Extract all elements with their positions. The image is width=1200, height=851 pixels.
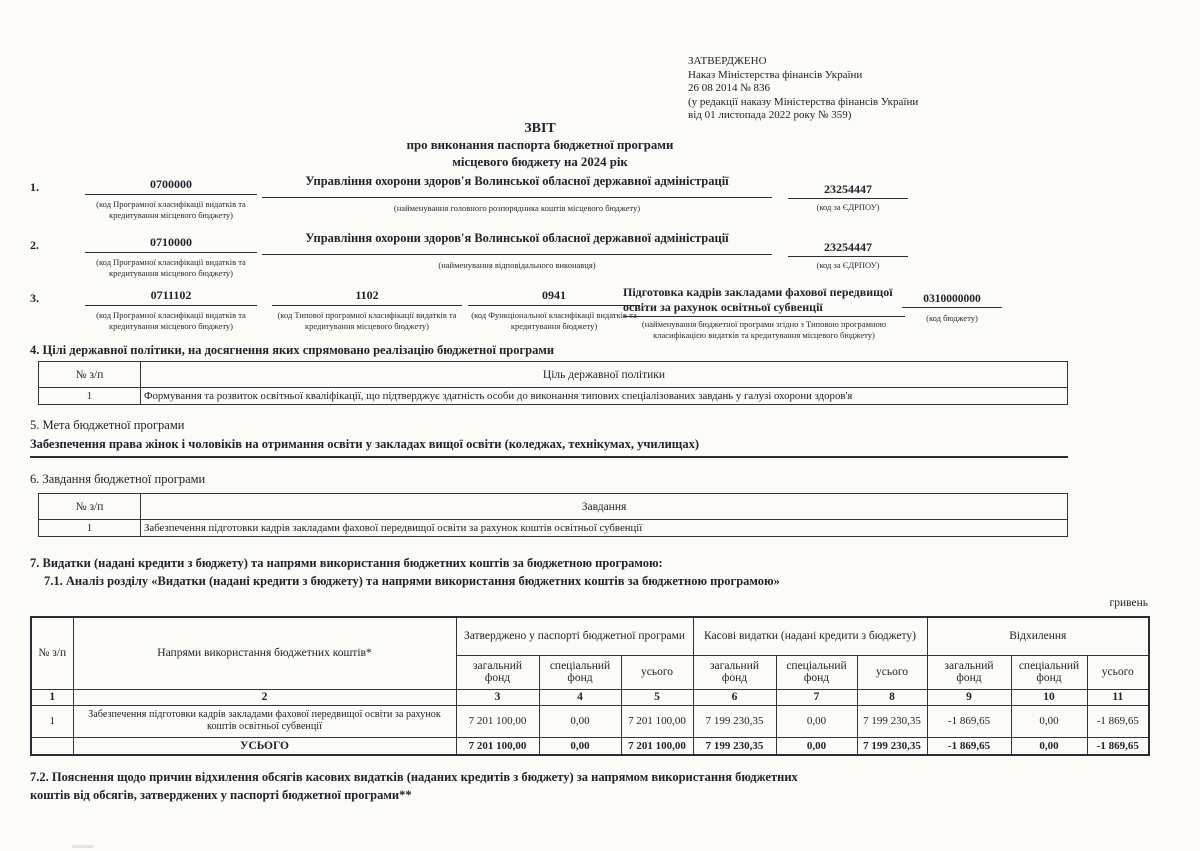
subheader-special-fund: спеціальний фонд bbox=[776, 655, 857, 689]
col-number: 2 bbox=[73, 689, 456, 705]
col-number: 7 bbox=[776, 689, 857, 705]
total-approved-total: 7 201 100,00 bbox=[621, 737, 693, 755]
total-approved-general: 7 201 100,00 bbox=[456, 737, 539, 755]
total-label: УСЬОГО bbox=[73, 737, 456, 755]
subheader-total: усього bbox=[1087, 655, 1149, 689]
subheader-general-fund: загальний фонд bbox=[927, 655, 1011, 689]
total-cash-total: 7 199 230,35 bbox=[857, 737, 927, 755]
col-number: 4 bbox=[539, 689, 621, 705]
group-header-approved: Затверджено у паспорті бюджетної програм… bbox=[456, 617, 693, 655]
total-cash-general: 7 199 230,35 bbox=[693, 737, 776, 755]
approval-line-1: ЗАТВЕРДЖЕНО bbox=[688, 55, 1018, 69]
value-cash-total: 7 199 230,35 bbox=[857, 705, 927, 737]
value-approved-general: 7 201 100,00 bbox=[456, 705, 539, 737]
item2-name-field: Управління охорони здоров'я Волинської о… bbox=[262, 231, 772, 255]
col-header-directions: Напрями використання бюджетних коштів* bbox=[73, 617, 456, 689]
section4-col2-header: Ціль державної політики bbox=[141, 362, 1068, 388]
section6-row-num: 1 bbox=[39, 520, 141, 537]
total-deviation-total: -1 869,65 bbox=[1087, 737, 1149, 755]
col-number: 3 bbox=[456, 689, 539, 705]
item3-func-caption: (код Функціональної класифікації видаткі… bbox=[468, 310, 640, 331]
section4-row-text: Формування та розвиток освітньої кваліфі… bbox=[141, 388, 1068, 405]
item1-code-caption: (код Програмної класифікації видатків та… bbox=[85, 199, 257, 220]
section7-1-subheading: 7.1. Аналіз розділу «Видатки (надані кре… bbox=[44, 574, 780, 589]
table-row: 1 Формування та розвиток освітньої квалі… bbox=[39, 388, 1068, 405]
section4-col1-header: № з/п bbox=[39, 362, 141, 388]
total-cash-special: 0,00 bbox=[776, 737, 857, 755]
section4-heading: 4. Цілі державної політики, на досягненн… bbox=[30, 343, 554, 358]
direction-row-num: 1 bbox=[31, 705, 73, 737]
section4-table: № з/п Ціль державної політики 1 Формуван… bbox=[38, 361, 1068, 405]
item1-code-field: 0700000 bbox=[85, 177, 257, 195]
item2-code-caption: (код Програмної класифікації видатків та… bbox=[85, 257, 257, 278]
col-number: 10 bbox=[1011, 689, 1087, 705]
item2-edrpou-field: 23254447 bbox=[788, 240, 908, 257]
item2-code-field: 0710000 bbox=[85, 235, 257, 253]
approval-line-4: (у редакції наказу Міністерства фінансів… bbox=[688, 96, 1018, 110]
subheader-special-fund: спеціальний фонд bbox=[1011, 655, 1087, 689]
item1-number: 1. bbox=[30, 180, 39, 195]
item1-name-field: Управління охорони здоров'я Волинської о… bbox=[262, 174, 772, 198]
title-line-3: місцевого бюджету на 2024 рік bbox=[150, 154, 930, 171]
item2-number: 2. bbox=[30, 238, 39, 253]
subheader-total: усього bbox=[621, 655, 693, 689]
direction-text: Забезпечення підготовки кадрів закладами… bbox=[73, 705, 456, 737]
item2-name-caption: (найменування відповідального виконавця) bbox=[262, 260, 772, 271]
item3-code-field: 0711102 bbox=[85, 288, 257, 306]
approval-line-3: 26 08 2014 № 836 bbox=[688, 82, 1018, 96]
total-empty-cell bbox=[31, 737, 73, 755]
approval-line-2: Наказ Міністерства фінансів України bbox=[688, 69, 1018, 83]
expenditures-table: № з/п Напрями використання бюджетних кош… bbox=[30, 616, 1148, 756]
page-title: ЗВІТ про виконання паспорта бюджетної пр… bbox=[150, 120, 930, 171]
item3-func-field: 0941 bbox=[468, 288, 640, 306]
section6-heading: 6. Завдання бюджетної програми bbox=[30, 472, 205, 487]
section6-table: № з/п Завдання 1 Забезпечення підготовки… bbox=[38, 493, 1068, 537]
item3-budget-code-field: 0310000000 bbox=[902, 293, 1002, 308]
col-number: 1 bbox=[31, 689, 73, 705]
col-header-num: № з/п bbox=[31, 617, 73, 689]
col-number: 8 bbox=[857, 689, 927, 705]
col-number: 9 bbox=[927, 689, 1011, 705]
total-approved-special: 0,00 bbox=[539, 737, 621, 755]
scan-artifact bbox=[72, 845, 94, 848]
subheader-general-fund: загальний фонд bbox=[693, 655, 776, 689]
table-row: 1 Забезпечення підготовки кадрів заклада… bbox=[31, 705, 1149, 737]
subheader-general-fund: загальний фонд bbox=[456, 655, 539, 689]
subheader-special-fund: спеціальний фонд bbox=[539, 655, 621, 689]
section4-row-num: 1 bbox=[39, 388, 141, 405]
group-header-deviation: Відхилення bbox=[927, 617, 1149, 655]
item3-tpk-caption: (код Типової програмної класифікації вид… bbox=[272, 310, 462, 331]
total-row: УСЬОГО 7 201 100,00 0,00 7 201 100,00 7 … bbox=[31, 737, 1149, 755]
item1-edrpou-field: 23254447 bbox=[788, 182, 908, 199]
item3-number: 3. bbox=[30, 291, 39, 306]
item2-edrpou-caption: (код за ЄДРПОУ) bbox=[788, 260, 908, 271]
section7-2-heading: 7.2. Пояснення щодо причин відхилення об… bbox=[30, 768, 820, 804]
value-deviation-special: 0,00 bbox=[1011, 705, 1087, 737]
item1-name-caption: (найменування головного розпорядника кош… bbox=[262, 203, 772, 214]
value-cash-special: 0,00 bbox=[776, 705, 857, 737]
col-number: 6 bbox=[693, 689, 776, 705]
total-deviation-special: 0,00 bbox=[1011, 737, 1087, 755]
approval-block: ЗАТВЕРДЖЕНО Наказ Міністерства фінансів … bbox=[688, 55, 1018, 123]
total-deviation-general: -1 869,65 bbox=[927, 737, 1011, 755]
column-numbering-row: 1 2 3 4 5 6 7 8 9 10 11 bbox=[31, 689, 1149, 705]
col-number: 5 bbox=[621, 689, 693, 705]
section6-col2-header: Завдання bbox=[141, 494, 1068, 520]
col-number: 11 bbox=[1087, 689, 1149, 705]
value-approved-total: 7 201 100,00 bbox=[621, 705, 693, 737]
title-line-2: про виконання паспорта бюджетної програм… bbox=[150, 137, 930, 154]
item3-tpk-field: 1102 bbox=[272, 288, 462, 306]
item1-edrpou-caption: (код за ЄДРПОУ) bbox=[788, 202, 908, 213]
section5-heading: 5. Мета бюджетної програми bbox=[30, 418, 184, 433]
item3-program-field: Підготовка кадрів закладами фахової пере… bbox=[623, 285, 905, 317]
section6-col1-header: № з/п bbox=[39, 494, 141, 520]
item3-budget-code-caption: (код бюджету) bbox=[902, 313, 1002, 324]
subheader-total: усього bbox=[857, 655, 927, 689]
section7-heading: 7. Видатки (надані кредити з бюджету) та… bbox=[30, 556, 663, 571]
value-cash-general: 7 199 230,35 bbox=[693, 705, 776, 737]
value-approved-special: 0,00 bbox=[539, 705, 621, 737]
table-row: 1 Забезпечення підготовки кадрів заклада… bbox=[39, 520, 1068, 537]
group-header-cash: Касові видатки (надані кредити з бюджету… bbox=[693, 617, 927, 655]
item3-code-caption: (код Програмної класифікації видатків та… bbox=[85, 310, 257, 331]
currency-note: гривень bbox=[30, 597, 1148, 609]
value-deviation-general: -1 869,65 bbox=[927, 705, 1011, 737]
value-deviation-total: -1 869,65 bbox=[1087, 705, 1149, 737]
section5-goal-text: Забезпечення права жінок і чоловіків на … bbox=[30, 437, 1068, 458]
title-line-1: ЗВІТ bbox=[150, 120, 930, 137]
section6-row-text: Забезпечення підготовки кадрів закладами… bbox=[141, 520, 1068, 537]
item3-program-caption: (найменування бюджетної програми згідно … bbox=[623, 319, 905, 340]
scanned-report-page: ЗАТВЕРДЖЕНО Наказ Міністерства фінансів … bbox=[0, 0, 1200, 851]
